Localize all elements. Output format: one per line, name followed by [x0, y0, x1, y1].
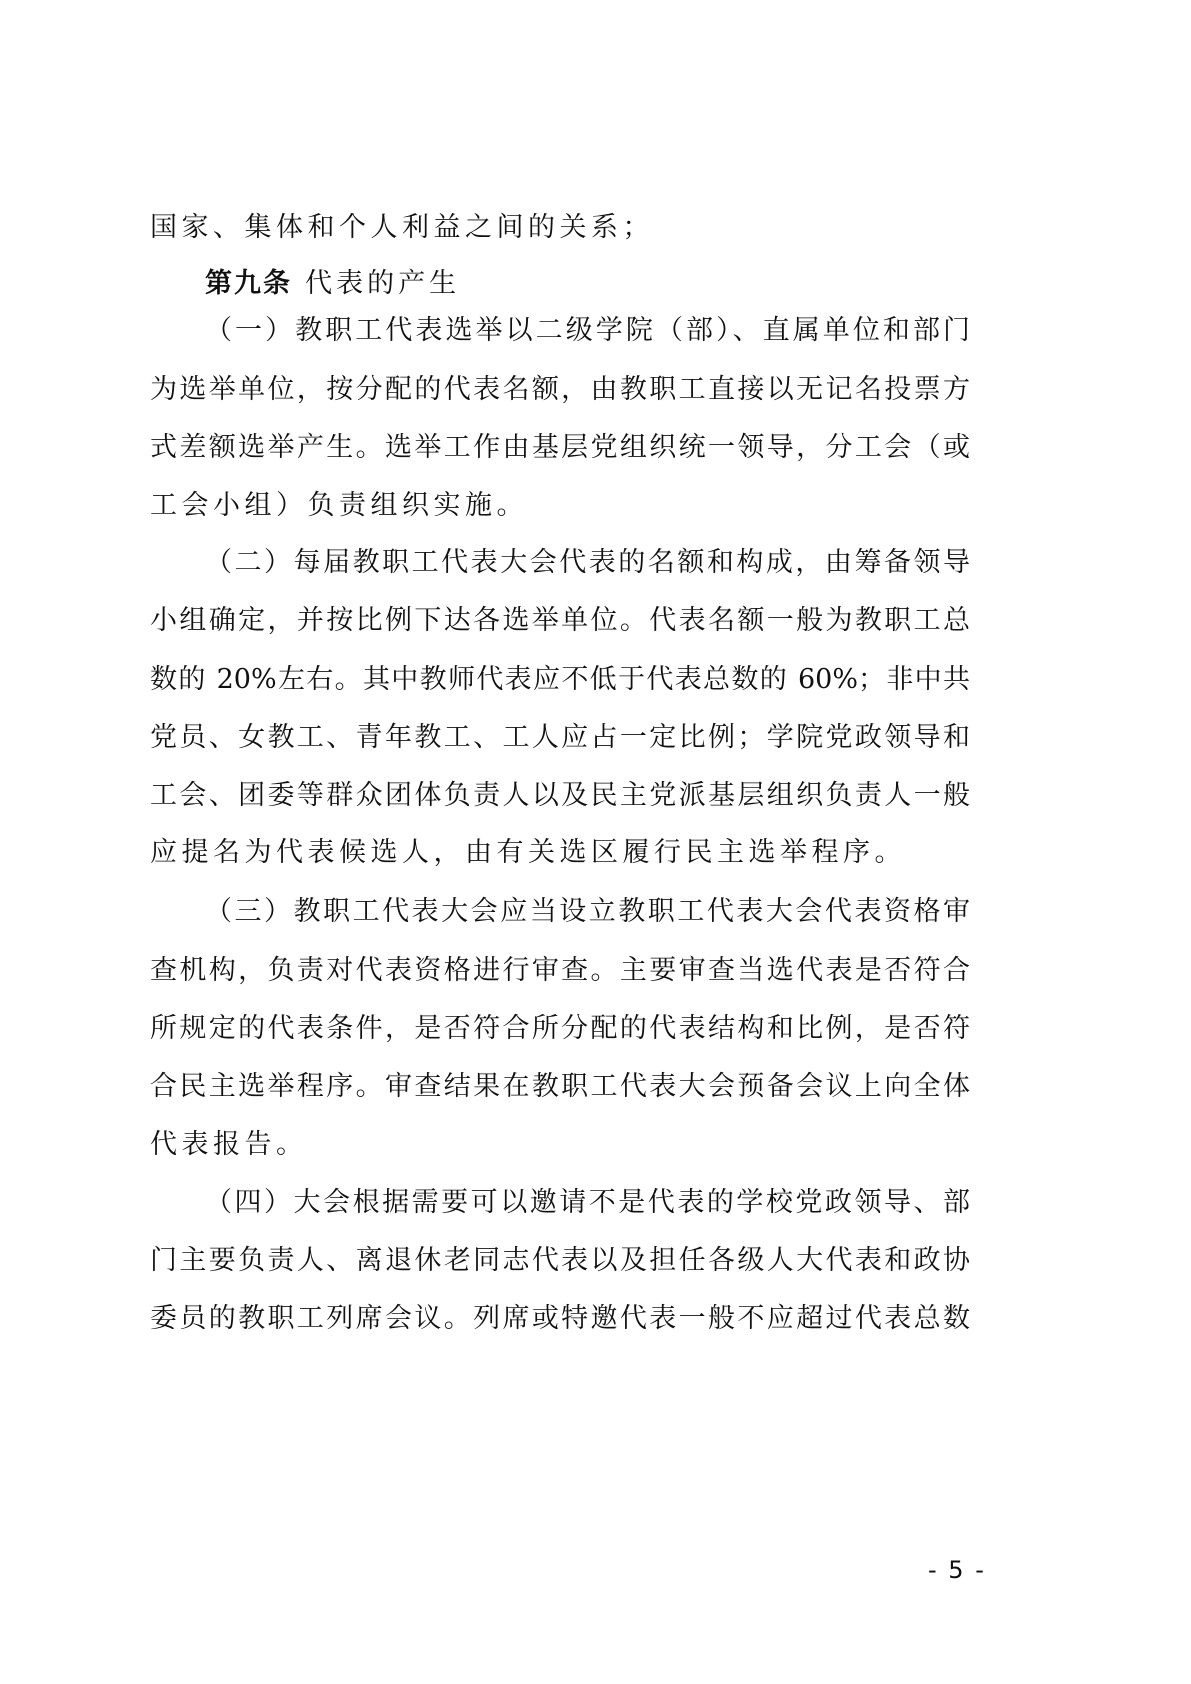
page-number: - 5 - [928, 1555, 986, 1585]
paragraph-line: 委员的教职工列席会议。列席或特邀代表一般不应超过代表总数 [150, 1299, 970, 1339]
paragraph-line: （一）教职工代表选举以二级学院（部）、直属单位和部门 [205, 311, 970, 351]
paragraph-line: 式差额选举产生。选举工作由基层党组织统一领导，分工会（或 [150, 428, 970, 468]
paragraph-line: 代表报告。 [150, 1125, 970, 1165]
paragraph-line: 国家、集体和个人利益之间的关系； [150, 208, 970, 248]
paragraph-line: 合民主选举程序。审查结果在教职工代表大会预备会议上向全体 [150, 1067, 970, 1107]
paragraph-line: 为选举单位，按分配的代表名额，由教职工直接以无记名投票方 [150, 370, 970, 410]
paragraph-line: 门主要负责人、离退休老同志代表以及担任各级人大代表和政协 [150, 1241, 970, 1281]
document-page: 国家、集体和个人利益之间的关系； 第九条 代表的产生 （一）教职工代表选举以二级… [0, 0, 1191, 1684]
paragraph-line: （二）每届教职工代表大会代表的名额和构成，由筹备领导 [205, 543, 970, 583]
paragraph-line: （四）大会根据需要可以邀请不是代表的学校党政领导、部 [205, 1183, 970, 1223]
article-title: 代表的产生 [305, 268, 460, 299]
paragraph-line: 查机构，负责对代表资格进行审查。主要审查当选代表是否符合 [150, 951, 970, 991]
paragraph-line: 数的 20%左右。其中教师代表应不低于代表总数的 60%；非中共 [150, 660, 970, 700]
paragraph-line: 所规定的代表条件，是否符合所分配的代表结构和比例，是否符 [150, 1009, 970, 1049]
paragraph-line: 工会、团委等群众团体负责人以及民主党派基层组织负责人一般 [150, 776, 970, 816]
article-number: 第九条 [205, 268, 292, 299]
paragraph-line: （三）教职工代表大会应当设立教职工代表大会代表资格审 [205, 892, 970, 932]
paragraph-line: 应提名为代表候选人，由有关选区履行民主选举程序。 [150, 833, 970, 873]
paragraph-line: 工会小组）负责组织实施。 [150, 486, 970, 526]
paragraph-line: 小组确定，并按比例下达各选举单位。代表名额一般为教职工总 [150, 601, 970, 641]
paragraph-line: 党员、女教工、青年教工、工人应占一定比例；学院党政领导和 [150, 718, 970, 758]
article-heading: 第九条 代表的产生 [205, 264, 970, 304]
